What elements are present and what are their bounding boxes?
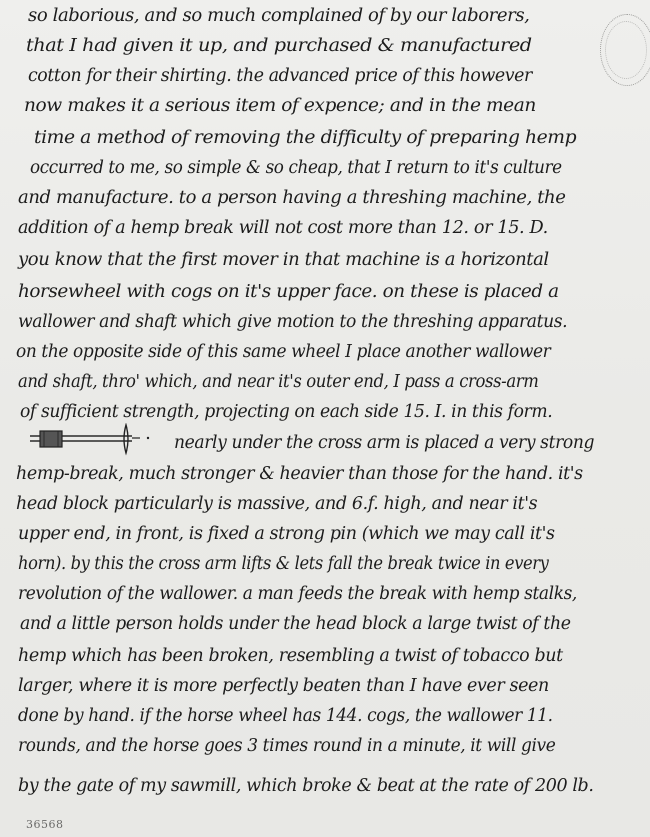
- manuscript-line: larger, where it is more perfectly beate…: [18, 676, 549, 696]
- manuscript-line: upper end, in front, is fixed a strong p…: [18, 524, 555, 544]
- manuscript-line: horn). by this the cross arm lifts & let…: [18, 554, 549, 574]
- manuscript-line: by the gate of my sawmill, which broke &…: [18, 776, 594, 796]
- manuscript-line: time a method of removing the difficulty…: [34, 128, 576, 148]
- manuscript-line: nearly under the cross arm is placed a v…: [174, 433, 594, 453]
- manuscript-line: hemp-break, much stronger & heavier than…: [16, 464, 583, 484]
- manuscript-line: head block particularly is massive, and …: [16, 494, 537, 514]
- manuscript-line: now makes it a serious item of expence; …: [24, 96, 536, 116]
- manuscript-line: so laborious, and so much complained of …: [28, 6, 529, 26]
- manuscript-line: horsewheel with cogs on it's upper face.…: [18, 282, 559, 302]
- manuscript-line: you know that the first mover in that ma…: [18, 250, 549, 270]
- manuscript-line: and manufacture. to a person having a th…: [18, 188, 565, 208]
- manuscript-line: wallower and shaft which give motion to …: [18, 312, 567, 332]
- manuscript-line: cotton for their shirting. the advanced …: [28, 66, 532, 86]
- manuscript-line: revolution of the wallower. a man feeds …: [18, 584, 577, 604]
- manuscript-line: of sufficient strength, projecting on ea…: [20, 402, 552, 422]
- manuscript-line: that I had given it up, and purchased & …: [26, 36, 532, 56]
- manuscript-line: hemp which has been broken, resembling a…: [18, 646, 563, 666]
- manuscript-line: occurred to me, so simple & so cheap, th…: [30, 158, 562, 178]
- manuscript-line: addition of a hemp break will not cost m…: [18, 218, 548, 238]
- manuscript-line: and shaft, thro' which, and near it's ou…: [18, 372, 539, 392]
- archive-number: 36568: [26, 818, 64, 831]
- stamp-inner-ring: [605, 21, 647, 79]
- circular-archive-stamp-icon: [600, 14, 650, 86]
- manuscript-line: rounds, and the horse goes 3 times round…: [18, 736, 555, 756]
- cross-arm-sketch-icon: [26, 423, 156, 459]
- manuscript-line: done by hand. if the horse wheel has 144…: [18, 706, 553, 726]
- manuscript-page: so laborious, and so much complained of …: [0, 0, 650, 837]
- manuscript-line: on the opposite side of this same wheel …: [16, 342, 550, 362]
- manuscript-line: and a little person holds under the head…: [20, 614, 571, 634]
